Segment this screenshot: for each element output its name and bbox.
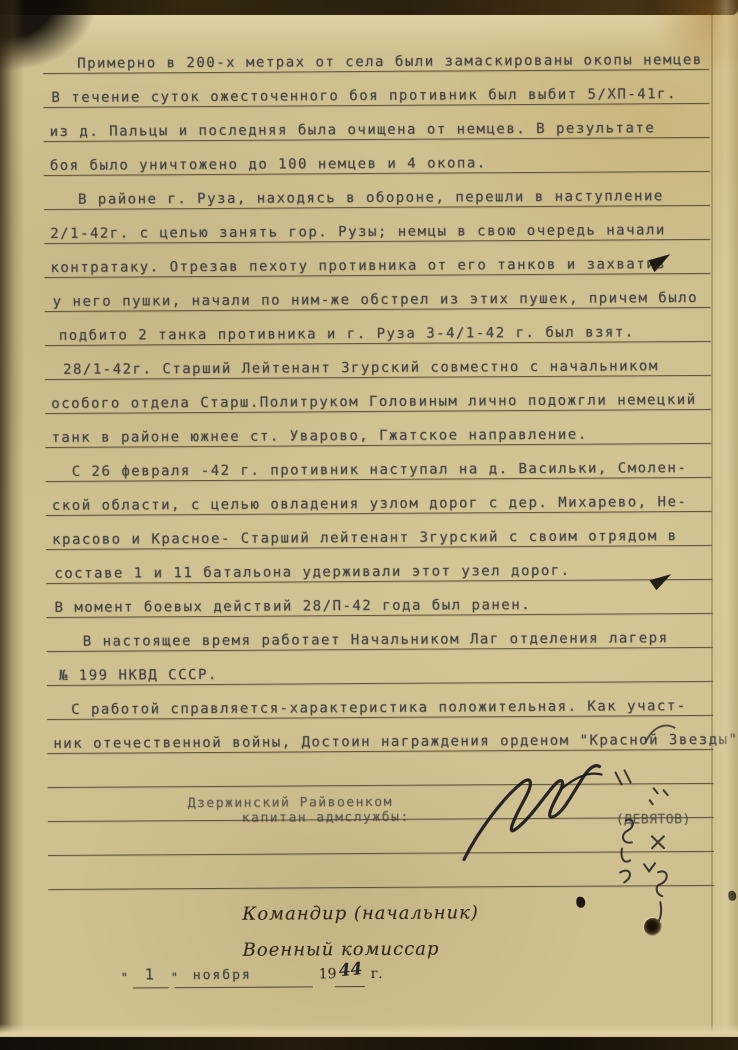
date-month-underline: [175, 986, 313, 988]
typed-body-line: С работой справляется-характеристика пол…: [71, 696, 687, 720]
pen-squiggle-over-text: [641, 720, 681, 746]
typed-body-line: танк в районе южнее ст. Уварово, Гжатско…: [51, 425, 587, 448]
typed-body-line: ской области, с целью овладения узлом до…: [52, 492, 688, 516]
scan-edge-left: [0, 0, 24, 1050]
paper-edge-bottom: [0, 1024, 738, 1038]
commander-label: Командир (начальник): [242, 902, 479, 924]
typed-body-line: В настоящее время работает Начальником Л…: [83, 628, 669, 652]
scan-edge-bottom: [0, 1037, 738, 1050]
date-year-underline: [335, 986, 365, 987]
typed-body-line: С 26 февраля -42 г. противник наступал н…: [72, 458, 688, 482]
typed-body-line: В течение суток ожесточенного боя против…: [51, 84, 677, 108]
handwritten-date-marks: [591, 760, 692, 931]
date-century: 19: [319, 966, 337, 982]
typed-body-line: 2/1-42г. с целью занять гор. Рузы; немцы…: [50, 220, 666, 244]
date-year-handwritten: 44: [338, 959, 363, 981]
typed-body-line: № 199 НКВД СССР.: [59, 665, 218, 686]
typed-body-line: подбито 2 танка противника и г. Руза 3-4…: [59, 322, 635, 346]
date-month: ноября: [193, 966, 252, 986]
date-quote-open: ": [121, 967, 130, 987]
ink-blot-triangle-1: [646, 252, 674, 274]
rank-line: капитан адмслужбы:: [242, 808, 410, 829]
paper-crease-right: [711, 0, 713, 1036]
date-day: 1: [145, 964, 156, 984]
ink-speck: [576, 897, 585, 908]
paper-top-highlight: [0, 14, 738, 54]
typed-body-line: у него пушки, начали по ним-же обстрел и…: [53, 288, 698, 312]
paper-edge-right: [712, 0, 738, 1050]
document-content: Примерно в 200-х метрах от села были зам…: [0, 0, 738, 1050]
typed-body-line: 28/1-42г. Старший Лейтенант Згурский сов…: [63, 356, 659, 380]
date-quote-close: ": [171, 967, 180, 987]
ink-blot-triangle-2: [646, 570, 674, 592]
typed-body-line: ник отечественной войны, Достоин награжд…: [53, 730, 738, 754]
typed-body-line: контратаку. Отрезав пехоту противника от…: [50, 254, 666, 278]
typed-body-line: особого отдела Старш.Политруком Головины…: [51, 390, 696, 414]
scan-edge-top: [0, 0, 738, 15]
date-day-underline: [133, 987, 169, 988]
paper-hole: [644, 918, 662, 936]
typed-body-line: из д. Пальцы и последняя была очищена от…: [50, 118, 656, 142]
commissar-label: Военный комиссар: [243, 939, 440, 961]
typed-body-line: В момент боевых действий 28/П-42 года бы…: [54, 595, 531, 618]
typed-body-line: красово и Красное- Старший лейтенант Згу…: [52, 526, 678, 550]
typed-body-line: составе 1 и 11 батальона удерживали этот…: [54, 561, 570, 584]
date-era: г.: [371, 966, 383, 982]
typed-body-line: боя было уничтожено до 100 немцев и 4 ок…: [50, 153, 487, 176]
typed-body-line: В районе г. Руза, находясь в обороне, пе…: [78, 186, 664, 210]
scanned-document-page: Примерно в 200-х метрах от села были зам…: [0, 0, 738, 1050]
